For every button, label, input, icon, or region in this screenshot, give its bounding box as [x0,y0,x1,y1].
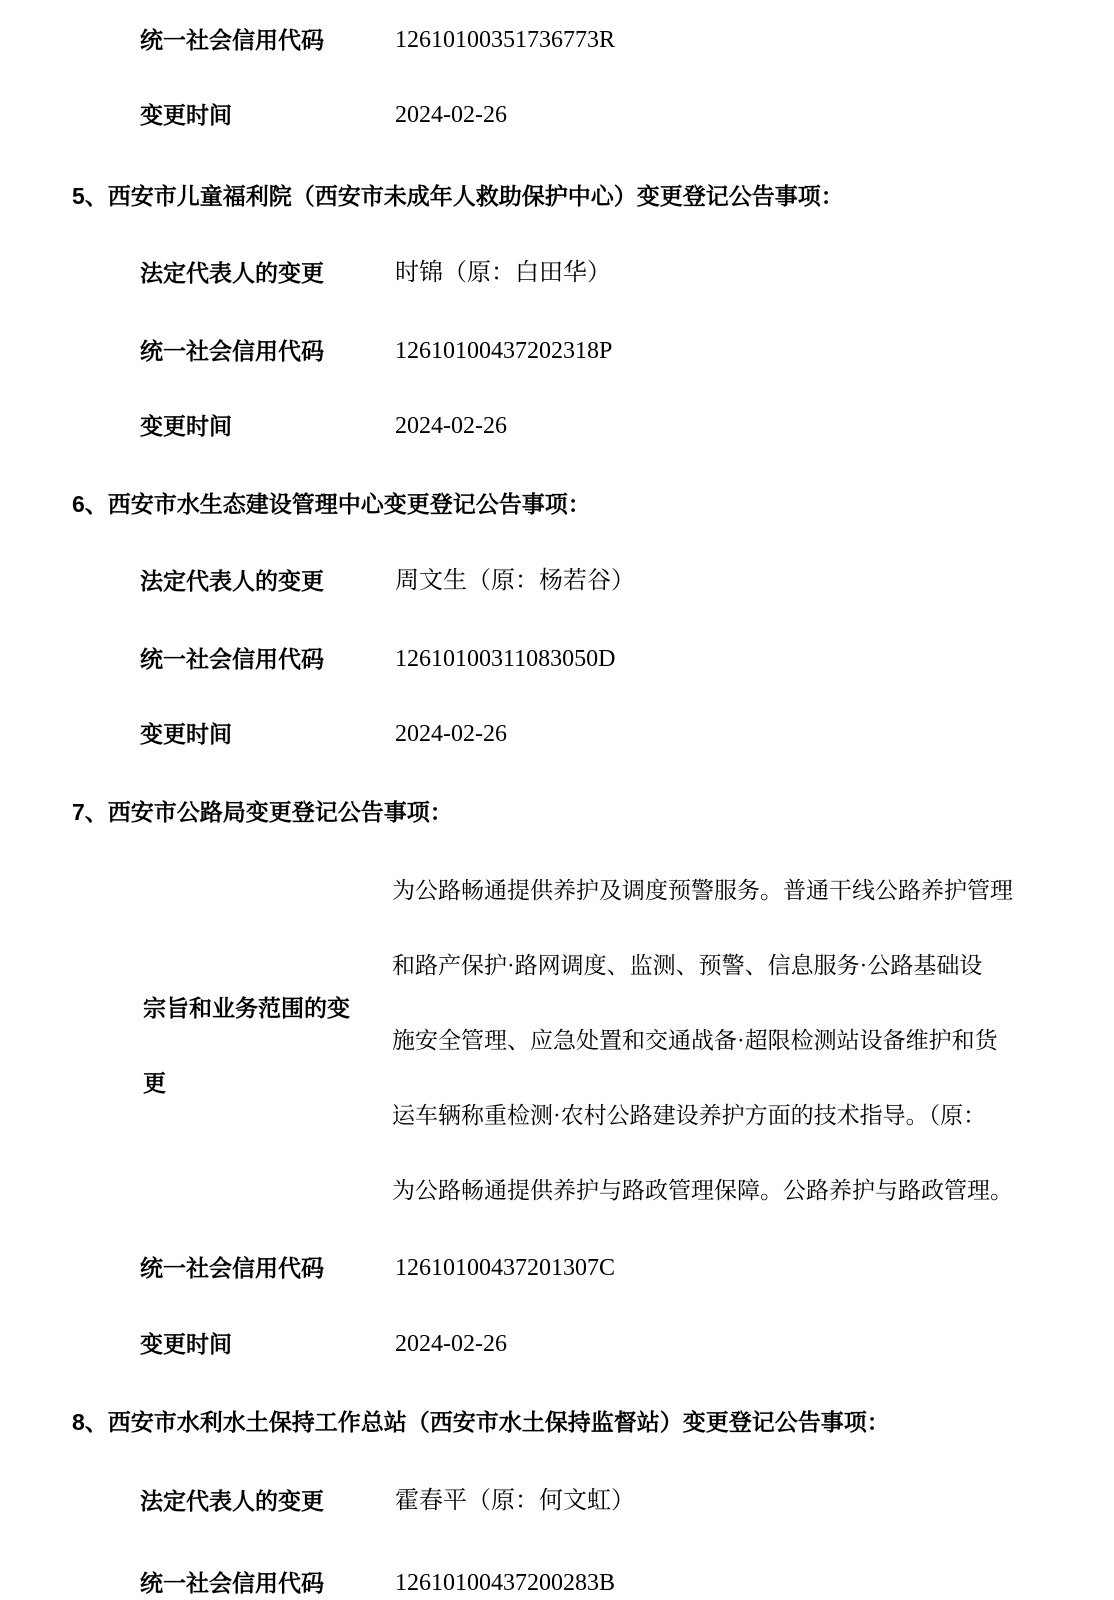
credit-code-value: 12610100351736773R [395,25,615,55]
legal-rep-label: 法定代表人的变更 [140,1486,324,1516]
document-page: 统一社会信用代码 12610100351736773R 变更时间 2024-02… [0,0,1114,1600]
scope-paragraph-line-2: 和路产保护·路网调度、监测、预警、信息服务·公路基础设 [392,951,982,981]
legal-rep-label: 法定代表人的变更 [140,566,324,596]
section-5-heading: 5、西安市儿童福利院（西安市未成年人救助保护中心）变更登记公告事项： [72,181,844,211]
legal-rep-value: 时锦（原：白田华） [395,258,611,288]
credit-code-label: 统一社会信用代码 [140,336,324,366]
change-time-value: 2024-02-26 [395,100,507,130]
credit-code-value: 12610100311083050D [395,644,615,674]
credit-code-label: 统一社会信用代码 [140,25,324,55]
section-8-heading: 8、西安市水利水土保持工作总站（西安市水土保持监督站）变更登记公告事项： [72,1407,890,1437]
scope-paragraph-line-1: 为公路畅通提供养护及调度预警服务。普通干线公路养护管理 [392,876,1013,906]
credit-code-label: 统一社会信用代码 [140,644,324,674]
change-time-label: 变更时间 [140,100,232,130]
credit-code-value: 12610100437201307C [395,1253,615,1283]
change-time-value: 2024-02-26 [395,411,507,441]
section-6-heading: 6、西安市水生态建设管理中心变更登记公告事项： [72,489,591,519]
credit-code-label: 统一社会信用代码 [140,1568,324,1598]
scope-paragraph-line-3: 施安全管理、应急处置和交通战备·超限检测站设备维护和货 [392,1026,998,1056]
scope-paragraph-line-4: 运车辆称重检测·农村公路建设养护方面的技术指导。（原： [392,1101,986,1131]
change-time-label: 变更时间 [140,411,232,441]
credit-code-value: 12610100437200283B [395,1568,615,1598]
credit-code-label: 统一社会信用代码 [140,1253,324,1283]
change-time-value: 2024-02-26 [395,1329,507,1359]
legal-rep-label: 法定代表人的变更 [140,258,324,288]
legal-rep-value: 霍春平（原：何文虹） [395,1486,635,1516]
legal-rep-value: 周文生（原：杨若谷） [395,566,635,596]
scope-paragraph-line-5: 为公路畅通提供养护与路政管理保障。公路养护与路政管理。 [392,1176,1013,1206]
scope-change-label-line1: 宗旨和业务范围的变 [143,993,350,1023]
credit-code-value: 12610100437202318P [395,336,612,366]
section-7-heading: 7、西安市公路局变更登记公告事项： [72,797,453,827]
change-time-value: 2024-02-26 [395,719,507,749]
change-time-label: 变更时间 [140,719,232,749]
scope-change-label-line2: 更 [143,1068,166,1098]
change-time-label: 变更时间 [140,1329,232,1359]
